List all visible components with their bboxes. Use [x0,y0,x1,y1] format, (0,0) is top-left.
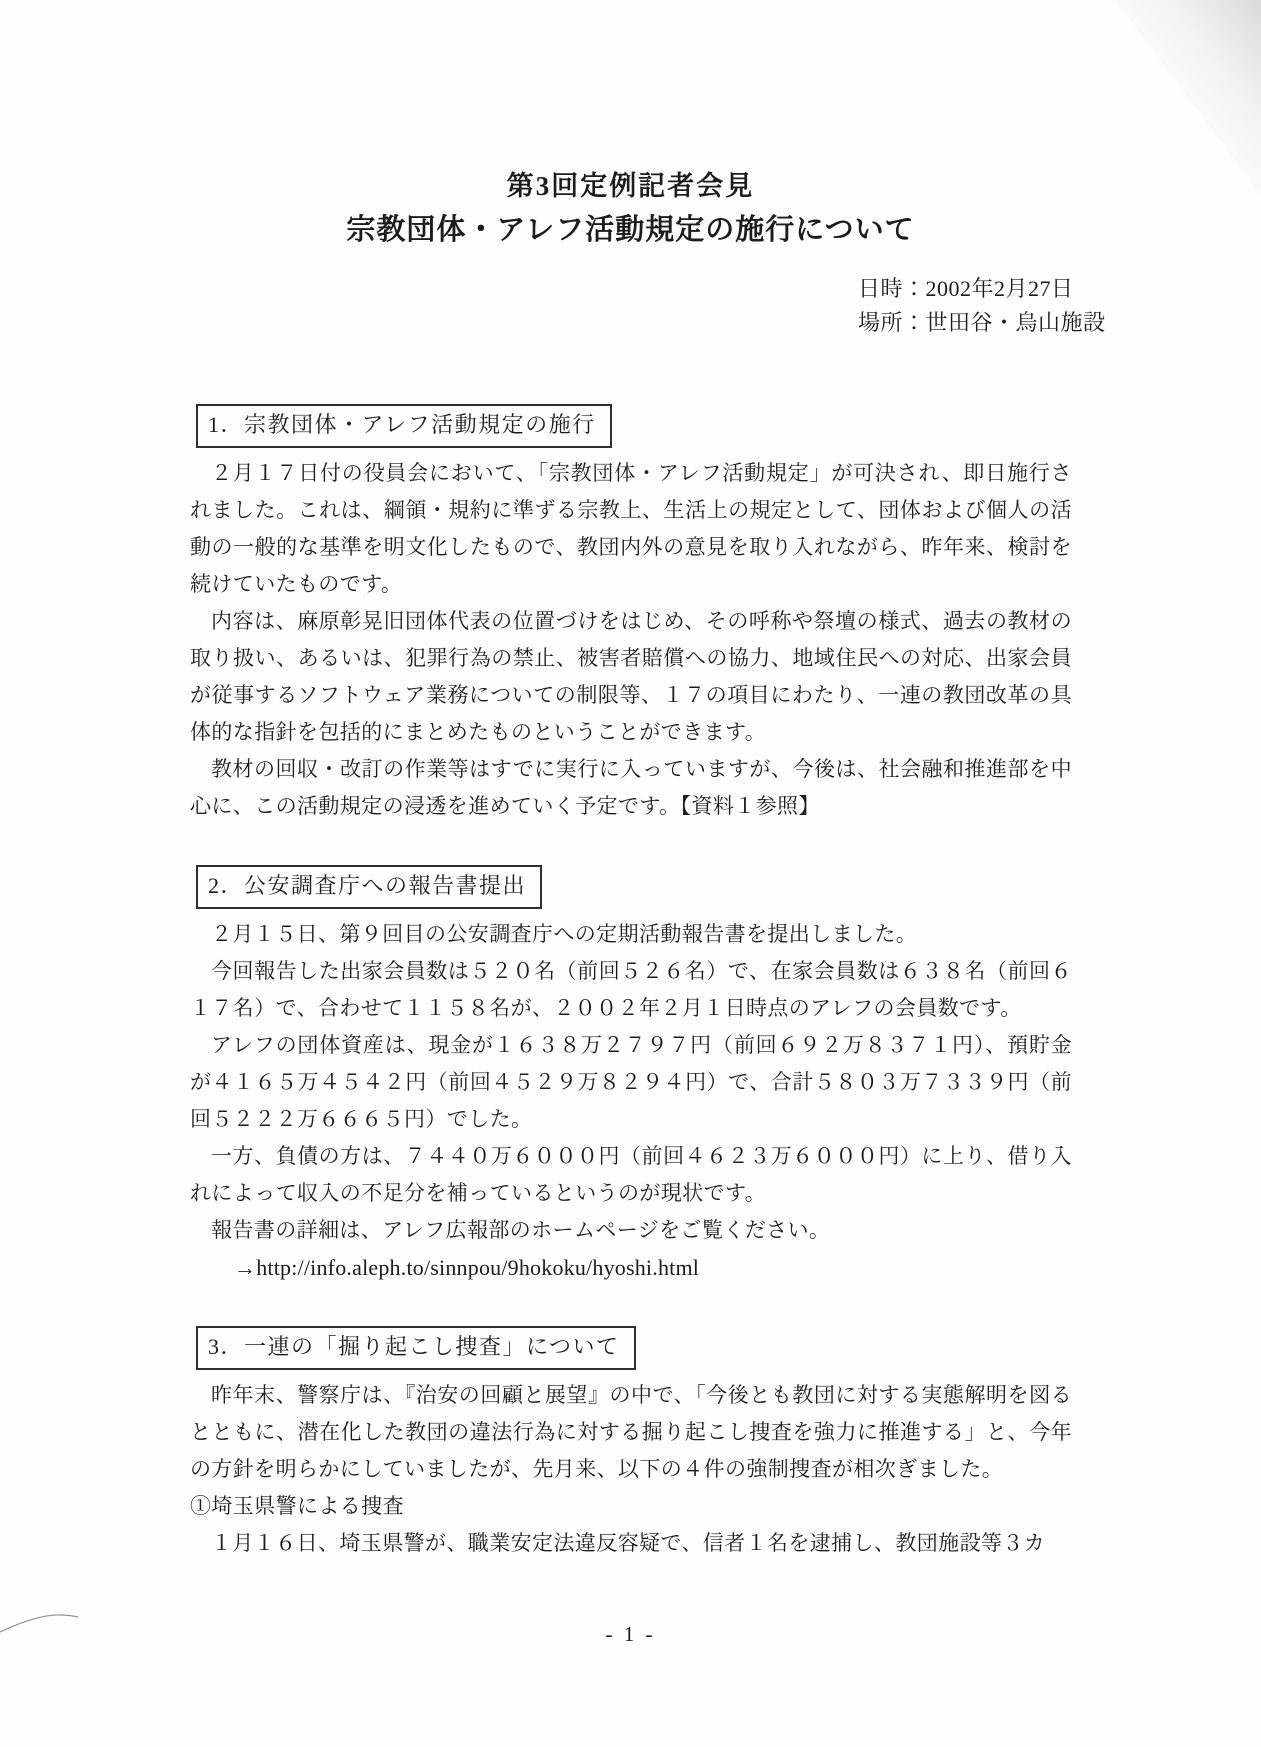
document-header: 第3回定例記者会見 宗教団体・アレフ活動規定の施行について [0,168,1261,250]
paragraph: １月１６日、埼玉県警が、職業安定法違反容疑で、信者１名を逮捕し、教団施設等３カ [190,1525,1072,1562]
paragraph: ２月１５日、第９回目の公安調査庁への定期活動報告書を提出しました。 [190,916,1072,953]
section-2-heading-box: 2．公安調査庁への報告書提出 [196,865,542,909]
section-1-heading: 1．宗教団体・アレフ活動規定の施行 [208,412,596,437]
section-2-heading: 2．公安調査庁への報告書提出 [208,873,526,898]
paragraph: アレフの団体資産は、現金が１６３８万２７９７円（前回６９２万８３７１円）、預貯金… [190,1027,1072,1138]
paragraph: ２月１７日付の役員会において、「宗教団体・アレフ活動規定」が可決され、即日施行さ… [190,455,1072,603]
report-url-text: →http://info.aleph.to/sinnpou/9hokoku/hy… [190,1249,1072,1286]
paragraph: 報告書の詳細は、アレフ広報部のホームページをご覧ください。 [190,1212,1072,1249]
meta-block: 日時：2002年2月27日 場所：世田谷・烏山施設 [858,272,1106,340]
paragraph: 昨年末、警察庁は、『治安の回顧と展望』の中で、「今後とも教団に対する実態解明を図… [190,1377,1072,1488]
section-regulation-enforcement: 1．宗教団体・アレフ活動規定の施行 ２月１７日付の役員会において、「宗教団体・ア… [190,404,1072,825]
document-body: 1．宗教団体・アレフ活動規定の施行 ２月１７日付の役員会において、「宗教団体・ア… [190,404,1072,1562]
page-curl-top-right [1115,0,1261,196]
document-title: 第3回定例記者会見 [0,168,1261,204]
paragraph: 今回報告した出家会員数は５２０名（前回５２６名）で、在家会員数は６３８名（前回６… [190,953,1072,1027]
scanned-document-page: 第3回定例記者会見 宗教団体・アレフ活動規定の施行について 日時：2002年2月… [0,0,1261,1747]
list-item-saitama-investigation: ①埼玉県警による捜査 [190,1488,1072,1525]
section-1-heading-box: 1．宗教団体・アレフ活動規定の施行 [196,404,612,448]
document-subtitle: 宗教団体・アレフ活動規定の施行について [0,210,1261,250]
meta-location: 場所：世田谷・烏山施設 [858,306,1106,340]
section-investigations: 3．一連の「掘り起こし捜査」について 昨年末、警察庁は、『治安の回顧と展望』の中… [190,1326,1072,1562]
page-number: - 1 - [0,1622,1261,1647]
section-3-heading: 3．一連の「掘り起こし捜査」について [208,1334,620,1359]
section-report-submission: 2．公安調査庁への報告書提出 ２月１５日、第９回目の公安調査庁への定期活動報告書… [190,865,1072,1286]
paragraph: 教材の回収・改訂の作業等はすでに実行に入っていますが、今後は、社会融和推進部を中… [190,751,1072,825]
section-3-heading-box: 3．一連の「掘り起こし捜査」について [196,1326,636,1370]
meta-datetime: 日時：2002年2月27日 [858,272,1106,306]
paragraph: 内容は、麻原彰晃旧団体代表の位置づけをはじめ、その呼称や祭壇の様式、過去の教材の… [190,603,1072,751]
paragraph: 一方、負債の方は、７４４０万６０００円（前回４６２３万６０００円）に上り、借り入… [190,1138,1072,1212]
